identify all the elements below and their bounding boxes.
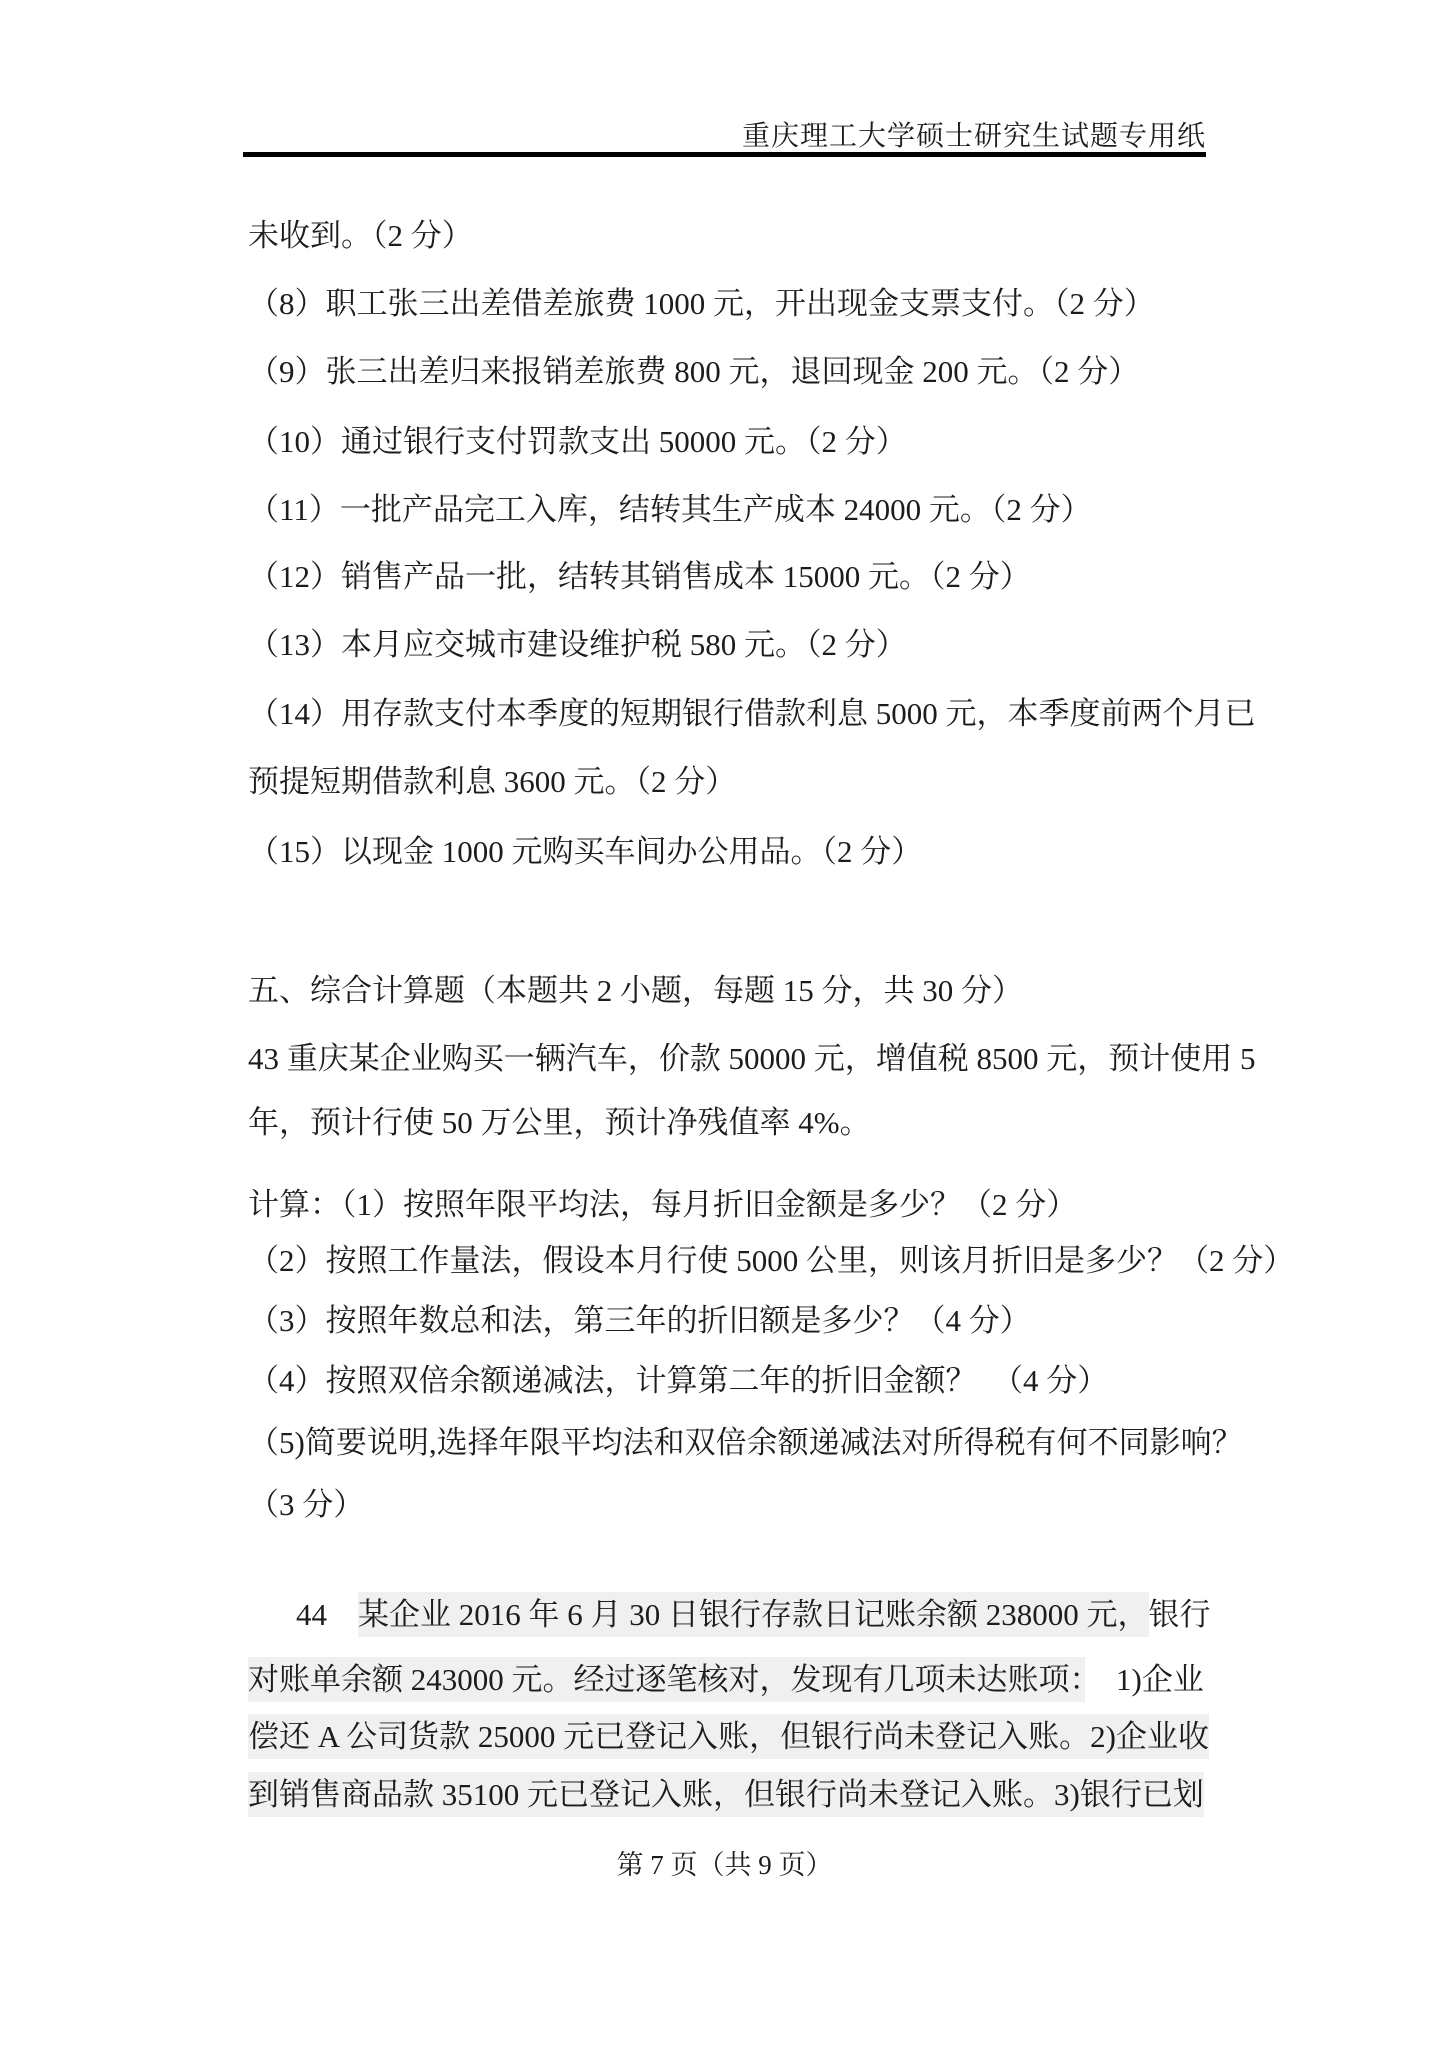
document-line-item-13: （13）本月应交城市建设维护税 580 元。（2 分） — [248, 624, 907, 666]
text-span: （4）按照双倍余额递减法，计算第二年的折旧金额？ （4 分） — [248, 1363, 1108, 1398]
document-line-q43: 43 重庆某企业购买一辆汽车，价款 50000 元，增值税 8500 元，预计使… — [248, 1038, 1256, 1080]
text-span: （15）以现金 1000 元购买车间办公用品。（2 分） — [248, 834, 922, 869]
text-span: （3）按照年数总和法，第三年的折旧额是多少？（4 分） — [248, 1303, 1031, 1338]
document-line-item-15: （15）以现金 1000 元购买车间办公用品。（2 分） — [248, 831, 922, 873]
highlighted-text-span: 偿还 A 公司货款 25000 元已登记入账，但银行尚未登记入账。2)企业收 — [248, 1714, 1209, 1759]
text-span: （9）张三出差归来报销差旅费 800 元，退回现金 200 元。（2 分） — [248, 354, 1139, 389]
text-span: 银行 — [1149, 1597, 1211, 1632]
text-span: （8）职工张三出差借差旅费 1000 元，开出现金支票支付。（2 分） — [248, 286, 1155, 321]
document-line-q44-cont-2: 偿还 A 公司货款 25000 元已登记入账，但银行尚未登记入账。2)企业收 — [248, 1716, 1209, 1758]
document-line-q43-sub4: （4）按照双倍余额递减法，计算第二年的折旧金额？ （4 分） — [248, 1360, 1108, 1402]
text-span: 1)企业 — [1085, 1662, 1204, 1697]
text-span: 未收到。（2 分） — [248, 218, 473, 253]
document-line-unreceived: 未收到。（2 分） — [248, 215, 473, 257]
document-line-q44: 44 某企业 2016 年 6 月 30 日银行存款日记账余额 238000 元… — [296, 1594, 1211, 1636]
document-line-item-12: （12）销售产品一批，结转其销售成本 15000 元。（2 分） — [248, 556, 1031, 598]
document-line-q44-cont-3: 到销售商品款 35100 元已登记入账，但银行尚未登记入账。3)银行已划 — [248, 1774, 1204, 1816]
document-line-item-14: （14）用存款支付本季度的短期银行借款利息 5000 元，本季度前两个月已 — [248, 693, 1256, 735]
document-line-q43-sub5-score: （3 分） — [248, 1484, 364, 1526]
text-span: （3 分） — [248, 1487, 364, 1522]
document-line-q44-cont-1: 对账单余额 243000 元。经过逐笔核对，发现有几项未达账项： 1)企业 — [248, 1659, 1204, 1701]
text-span: （11）一批产品完工入库，结转其生产成本 24000 元。（2 分） — [248, 492, 1092, 527]
text-span: 年，预计行使 50 万公里，预计净残值率 4%。 — [248, 1105, 871, 1140]
document-line-item-14-cont: 预提短期借款利息 3600 元。（2 分） — [248, 761, 736, 803]
text-span: （12）销售产品一批，结转其销售成本 15000 元。（2 分） — [248, 559, 1031, 594]
highlighted-text-span: 到销售商品款 35100 元已登记入账，但银行尚未登记入账。3)银行已划 — [248, 1772, 1204, 1817]
text-span: 计算：（1）按照年限平均法，每月折旧金额是多少？（2 分） — [248, 1187, 1077, 1222]
header-divider-rule — [243, 152, 1206, 157]
text-span: 预提短期借款利息 3600 元。（2 分） — [248, 764, 736, 799]
page-header-title: 重庆理工大学硕士研究生试题专用纸 — [742, 114, 1206, 154]
document-line-item-8: （8）职工张三出差借差旅费 1000 元，开出现金支票支付。（2 分） — [248, 283, 1155, 325]
text-span: （13）本月应交城市建设维护税 580 元。（2 分） — [248, 627, 907, 662]
text-span: 43 重庆某企业购买一辆汽车，价款 50000 元，增值税 8500 元，预计使… — [248, 1041, 1256, 1076]
text-span: （2）按照工作量法，假设本月行使 5000 公里，则该月折旧是多少？（2 分） — [248, 1243, 1294, 1278]
text-span: （14）用存款支付本季度的短期银行借款利息 5000 元，本季度前两个月已 — [248, 696, 1256, 731]
document-line-q43-cont: 年，预计行使 50 万公里，预计净残值率 4%。 — [248, 1102, 871, 1144]
section-heading-5: 五、综合计算题（本题共 2 小题，每题 15 分，共 30 分） — [248, 970, 1023, 1012]
document-line-q43-sub1: 计算：（1）按照年限平均法，每月折旧金额是多少？（2 分） — [248, 1184, 1077, 1226]
document-line-q43-sub5: （5)简要说明,选择年限平均法和双倍余额递减法对所得税有何不同影响？ — [248, 1422, 1243, 1464]
text-span: （5)简要说明,选择年限平均法和双倍余额递减法对所得税有何不同影响？ — [248, 1425, 1243, 1460]
exam-paper-page: 重庆理工大学硕士研究生试题专用纸 未收到。（2 分） （8）职工张三出差借差旅费… — [0, 0, 1449, 2046]
document-line-item-9: （9）张三出差归来报销差旅费 800 元，退回现金 200 元。（2 分） — [248, 351, 1139, 393]
text-span: 五、综合计算题（本题共 2 小题，每题 15 分，共 30 分） — [248, 973, 1023, 1008]
text-span: （10）通过银行支付罚款支出 50000 元。（2 分） — [248, 424, 907, 459]
highlighted-text-span: 对账单余额 243000 元。经过逐笔核对，发现有几项未达账项： — [248, 1657, 1085, 1702]
page-number-footer: 第 7 页（共 9 页） — [0, 1843, 1449, 1882]
document-line-q43-sub3: （3）按照年数总和法，第三年的折旧额是多少？（4 分） — [248, 1300, 1031, 1342]
document-line-q43-sub2: （2）按照工作量法，假设本月行使 5000 公里，则该月折旧是多少？（2 分） — [248, 1240, 1294, 1282]
highlighted-text-span: 某企业 2016 年 6 月 30 日银行存款日记账余额 238000 元， — [358, 1592, 1149, 1637]
text-span: 44 — [296, 1597, 358, 1632]
document-line-item-11: （11）一批产品完工入库，结转其生产成本 24000 元。（2 分） — [248, 489, 1092, 531]
document-line-item-10: （10）通过银行支付罚款支出 50000 元。（2 分） — [248, 421, 907, 463]
